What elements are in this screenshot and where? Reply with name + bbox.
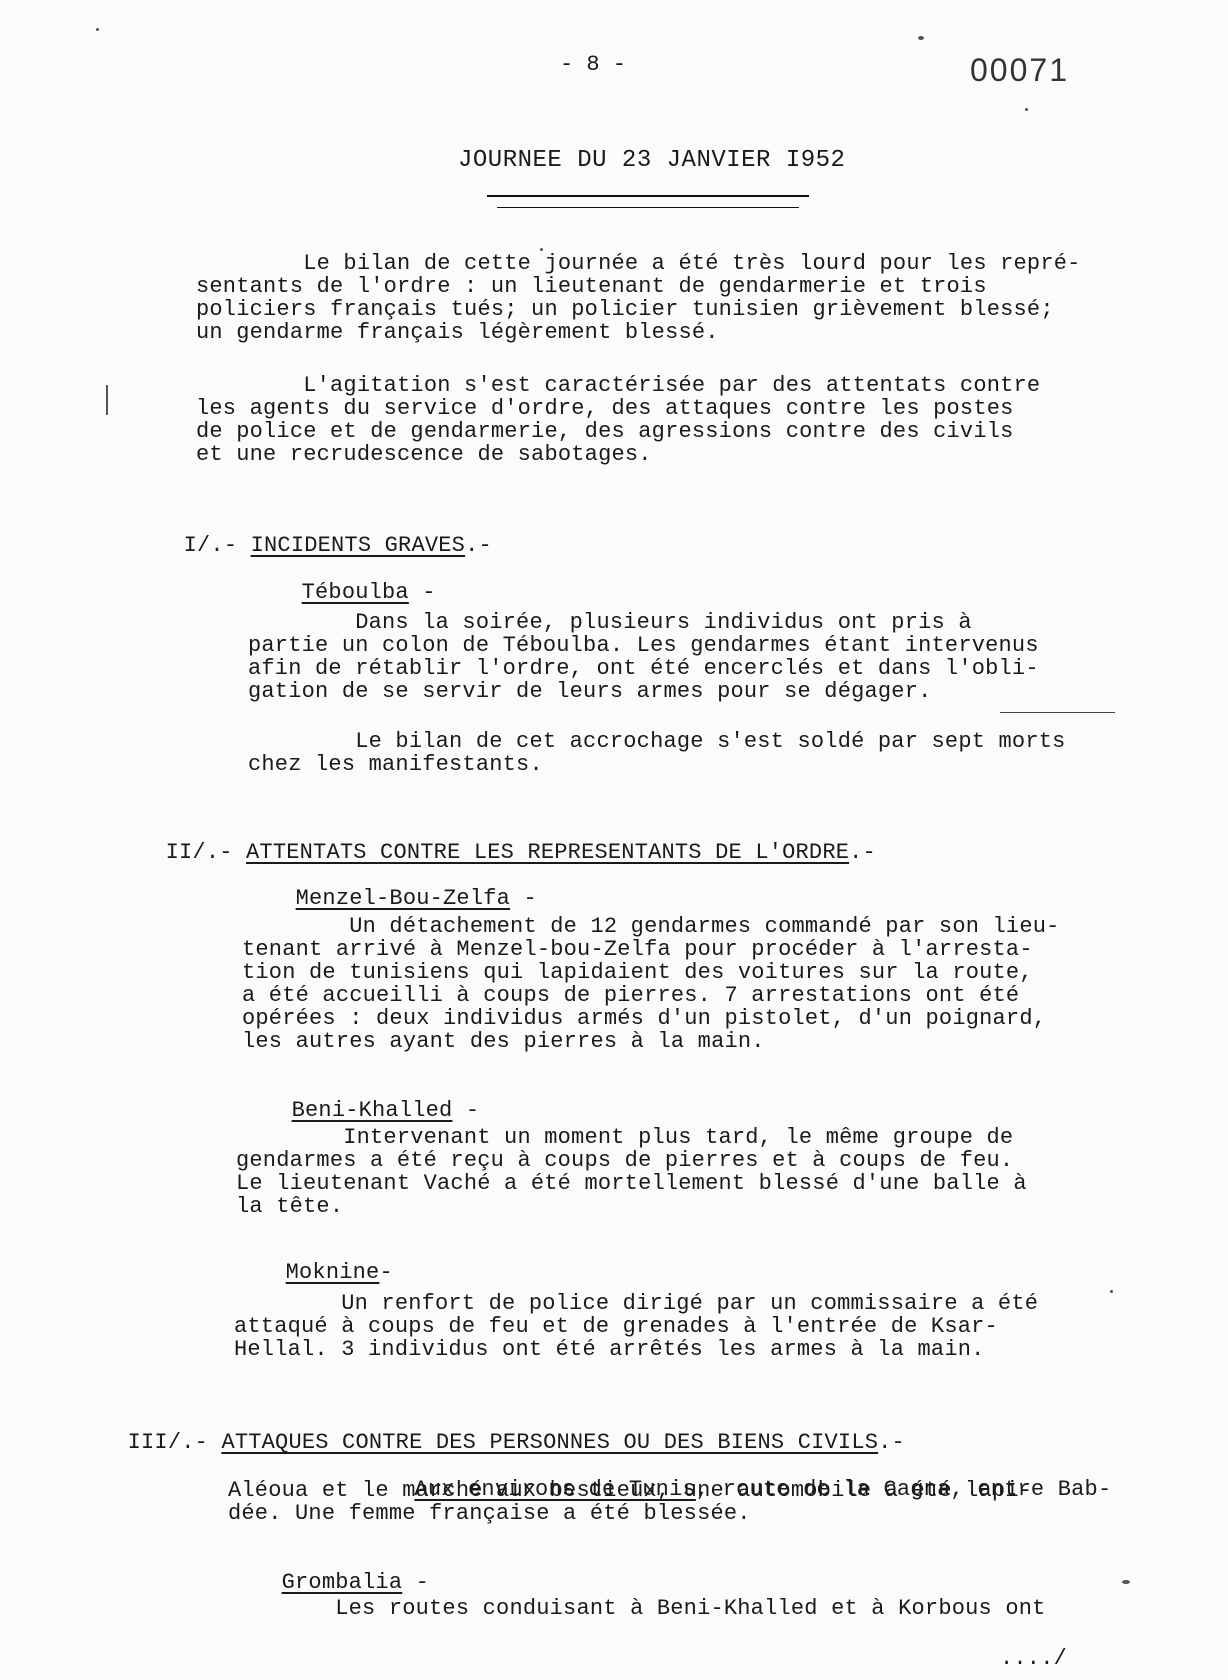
text-line: Dans la soirée, plusieurs individus ont … [248, 612, 972, 634]
scan-speck [106, 385, 108, 415]
text-line: attaqué à coups de feu et de grenades à … [234, 1316, 998, 1338]
section-number: III/.- [128, 1430, 208, 1455]
place-suffix: - [379, 1260, 392, 1285]
place-suffix: - [402, 1570, 429, 1595]
section-suffix: .- [878, 1430, 905, 1455]
place-name: Moknine [286, 1260, 380, 1285]
text-line: Aléoua et le marché aux bestieux, une au… [228, 1480, 1032, 1502]
text-line: Les routes conduisant à Beni-Khalled et … [228, 1598, 1046, 1620]
scan-speck [96, 28, 99, 31]
place-suffix: - [452, 1098, 479, 1123]
text-line: dée. Une femme française a été blessée. [228, 1503, 751, 1525]
place-name: Menzel-Bou-Zelfa [296, 886, 510, 911]
text-line: Le lieutenant Vaché a été mortellement b… [236, 1173, 1027, 1195]
scan-speck [1122, 1580, 1130, 1584]
place-name: Beni-Khalled [292, 1098, 453, 1123]
scan-speck [540, 248, 543, 251]
section-suffix: .- [465, 533, 492, 558]
text-line: chez les manifestants. [248, 754, 543, 776]
scan-speck [1110, 1290, 1113, 1293]
text-line: la tête. [236, 1196, 343, 1218]
place-name: Téboulba [302, 580, 409, 605]
section-number: I/.- [184, 533, 238, 558]
section-title: INCIDENTS GRAVES [251, 533, 465, 558]
text-line: gendarmes a été reçu à coups de pierres … [236, 1150, 1013, 1172]
scan-speck [1025, 108, 1028, 111]
text-line: gation de se servir de leurs armes pour … [248, 681, 932, 703]
scan-speck [918, 36, 924, 40]
text-line: afin de rétablir l'ordre, ont été encerc… [248, 658, 1039, 680]
title-rule-top [487, 195, 809, 197]
text-line: Un renfort de police dirigé par un commi… [234, 1293, 1038, 1315]
section-number: II/.- [166, 840, 233, 865]
margin-rule [1000, 712, 1115, 713]
text-line: Le bilan de cet accrochage s'est soldé p… [248, 731, 1066, 753]
text-line: Hellal. 3 individus ont été arrêtés les … [234, 1339, 985, 1361]
text-line: les agents du service d'ordre, des attaq… [196, 398, 1014, 420]
text-line: opérées : deux individus armés d'un pist… [242, 1008, 1046, 1030]
text-line: policiers français tués; un policier tun… [196, 299, 1054, 321]
place-name: Grombalia [282, 1570, 403, 1595]
title-rule-bottom [497, 207, 799, 208]
section-title: ATTENTATS CONTRE LES REPRESENTANTS DE L'… [246, 840, 849, 865]
text-line: sentants de l'ordre : un lieutenant de g… [196, 276, 987, 298]
section-suffix: .- [849, 840, 876, 865]
text-line: les autres ayant des pierres à la main. [242, 1031, 765, 1053]
page-title: JOURNEE DU 23 JANVIER I952 [458, 147, 845, 174]
text-line: de police et de gendarmerie, des agressi… [196, 421, 1014, 443]
place-suffix: - [409, 580, 436, 605]
text-line: tenant arrivé à Menzel-bou-Zelfa pour pr… [242, 939, 1033, 961]
place-suffix: - [510, 886, 537, 911]
text-line: Un détachement de 12 gendarmes commandé … [242, 916, 1060, 938]
text-line: partie un colon de Téboulba. Les gendarm… [248, 635, 1039, 657]
text-line: tion de tunisiens qui lapidaient des voi… [242, 962, 1033, 984]
text-line: Intervenant un moment plus tard, le même… [236, 1127, 1013, 1149]
text-line: L'agitation s'est caractérisée par des a… [196, 375, 1040, 397]
text-line: et une recrudescence de sabotages. [196, 444, 652, 466]
document-number: 00071 [970, 52, 1069, 89]
text-line: Le bilan de cette journée a été très lou… [196, 253, 1081, 275]
section-title: ATTAQUES CONTRE DES PERSONNES OU DES BIE… [221, 1430, 878, 1455]
text-line: a été accueilli à coups de pierres. 7 ar… [242, 985, 1019, 1007]
page-number: - 8 - [560, 52, 626, 77]
continuation-mark: ..../ [1000, 1648, 1067, 1670]
text-line: un gendarme français légèrement blessé. [196, 322, 719, 344]
